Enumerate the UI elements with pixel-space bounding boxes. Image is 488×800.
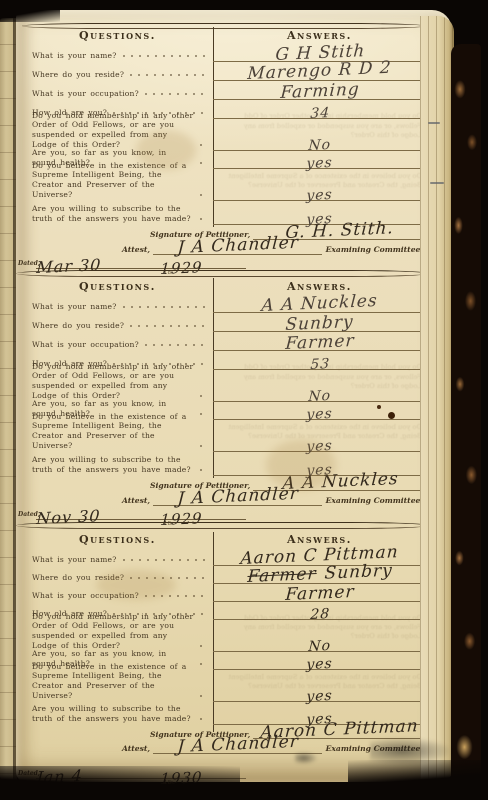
dot-leader xyxy=(197,191,205,199)
answer-line: Farmer xyxy=(213,584,426,602)
petitioner-signature: G. H. Stith. xyxy=(285,223,394,241)
answer-line: A A Nuckles xyxy=(213,294,426,313)
dot-leader xyxy=(120,556,205,564)
dot-leader xyxy=(120,52,205,60)
date-row: Dated, Nov 30 18 1929 xyxy=(22,506,426,523)
answer-occupation: Farmer xyxy=(285,335,355,352)
question-name: What is your name? xyxy=(32,555,117,565)
ink-dot-stain xyxy=(388,412,395,419)
dot-leader xyxy=(120,303,205,311)
answer-occupation: Farming xyxy=(280,84,360,101)
questions-header: Questions. xyxy=(79,281,156,294)
dot-leader xyxy=(197,159,205,167)
dot-leader xyxy=(197,692,205,700)
book-photo: Questions. Answers. What is your name? G… xyxy=(0,0,488,800)
ledger-page: Questions. Answers. What is your name? G… xyxy=(16,10,452,782)
examining-committee-label: Examining Committee. xyxy=(322,246,426,255)
answer-line: Sunbry xyxy=(213,313,426,332)
entry-separator-rule xyxy=(16,270,428,277)
answer-line: 28 xyxy=(213,602,426,620)
age-blotch xyxy=(96,570,176,600)
age-blotch xyxy=(266,440,336,490)
question-reside: Where do you reside? xyxy=(32,70,124,80)
entry-separator-rule xyxy=(16,522,428,529)
dot-leader xyxy=(197,410,205,418)
examining-committee-label: Examining Committee. xyxy=(322,497,426,506)
question-name: What is your name? xyxy=(32,51,117,61)
answer-line: Marengo R D 2 xyxy=(213,62,426,81)
dot-leader xyxy=(142,341,205,349)
dot-leader xyxy=(197,141,205,149)
answer-line: yes xyxy=(213,652,426,670)
answer-line: 53 xyxy=(213,351,426,370)
questions-header: Questions. xyxy=(79,30,156,43)
dot-leader xyxy=(197,660,205,668)
attest-signature: J A Chandler xyxy=(177,736,299,755)
answer-reside: Sunbry xyxy=(324,561,393,584)
petition-entry-2: Questions. Answers. What is your name? A… xyxy=(22,278,426,523)
dot-leader xyxy=(197,642,205,650)
petition-entry-3: Questions. Answers. What is your name? A… xyxy=(22,532,426,782)
pencil-mark xyxy=(428,122,440,124)
ink-smudge xyxy=(295,752,317,764)
question-subscribe-truth: Are you willing to subscribe to the trut… xyxy=(32,455,194,475)
question-membership: Do you hold membership in any other Orde… xyxy=(32,612,194,651)
question-subscribe-truth: Are you willing to subscribe to the trut… xyxy=(32,204,194,224)
answer-line: FarmerSunbry xyxy=(213,566,426,584)
photo-background-corner xyxy=(0,766,240,800)
question-supreme-being: Do you believe in the existence of a Sup… xyxy=(32,662,194,701)
question-occupation: What is your occupation? xyxy=(32,340,139,350)
question-supreme-being: Do you believe in the existence of a Sup… xyxy=(32,412,194,451)
answer-line: Do you believe in the existence of a Sup… xyxy=(213,670,426,702)
age-blotch xyxy=(136,130,196,170)
question-name: What is your name? xyxy=(32,302,117,312)
dot-leader xyxy=(197,466,205,474)
answer-line: yes xyxy=(213,151,426,169)
pencil-mark xyxy=(430,182,444,184)
question-reside: Where do you reside? xyxy=(32,321,124,331)
answer-occupation: Farmer xyxy=(285,586,355,603)
questions-header: Questions. xyxy=(79,534,156,547)
answer-line: Farming xyxy=(213,81,426,100)
answer-line: Do you hold membership in any other Orde… xyxy=(213,119,426,151)
dot-leader xyxy=(197,215,205,223)
attest-label: Attest, xyxy=(122,745,153,754)
petition-entry-1: Questions. Answers. What is your name? G… xyxy=(22,27,426,272)
question-subscribe-truth: Are you willing to subscribe to the trut… xyxy=(32,704,194,724)
photo-background-corner xyxy=(0,0,60,22)
photo-background-corner xyxy=(348,760,488,800)
answer-line: Farmer xyxy=(213,332,426,351)
ink-dot-stain xyxy=(377,405,381,409)
dot-leader xyxy=(127,322,205,330)
question-occupation: What is your occupation? xyxy=(32,89,139,99)
dot-leader xyxy=(197,392,205,400)
answer-name: A A Nuckles xyxy=(261,295,378,314)
dot-leader xyxy=(127,71,205,79)
answer-line: Do you believe in the existence of a Sup… xyxy=(213,169,426,201)
answer-line: Do you hold membership in any other Orde… xyxy=(213,620,426,652)
answer-line: G H Stith xyxy=(213,43,426,62)
answer-line: Aaron C Pittman xyxy=(213,547,426,565)
answer-line: 34 xyxy=(213,100,426,119)
dot-leader xyxy=(197,442,205,450)
dot-leader xyxy=(197,715,205,723)
book-cover-marbled-edge xyxy=(451,44,481,800)
answer-line: Do you hold membership in any other Orde… xyxy=(213,370,426,402)
answer-reside: Marengo R D 2 xyxy=(247,62,392,82)
dot-leader xyxy=(142,90,205,98)
question-membership: Do you hold membership in any other Orde… xyxy=(32,362,194,401)
stacked-page-edges xyxy=(420,16,454,780)
